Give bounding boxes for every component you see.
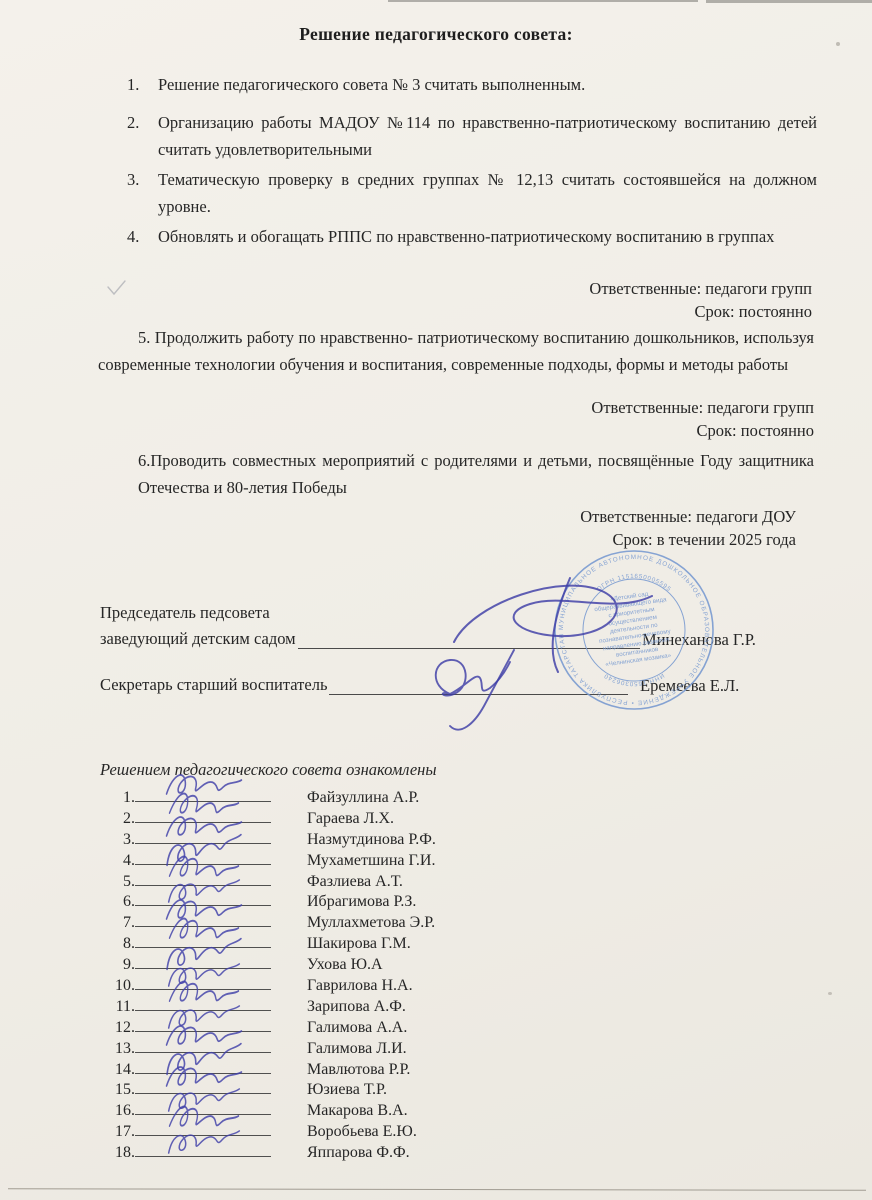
- responsible-line: Ответственные: педагоги групп: [591, 396, 814, 419]
- signature-line: [135, 1140, 271, 1157]
- responsible-line: Ответственные: педагоги ДОУ: [580, 505, 796, 528]
- item-text: Решение педагогического совета № 3 счита…: [158, 71, 817, 98]
- acknowledged-name: Яппарова Ф.Ф.: [307, 1143, 410, 1164]
- responsible-line: Ответственные: педагоги групп: [589, 277, 812, 300]
- item-number: 1.: [127, 71, 139, 98]
- document-title: Решение педагогического совета:: [0, 24, 872, 45]
- scanned-document-page: Решение педагогического совета: 1. Решен…: [0, 0, 872, 1200]
- scan-artifact-top-edge-2: [706, 0, 872, 3]
- decision-item: 4. Обновлять и обогащать РППС по нравств…: [127, 223, 817, 250]
- decision-item: 3. Тематическую проверку в средних групп…: [127, 166, 817, 220]
- decision-item: 2. Организацию работы МАДОУ №114 по нрав…: [127, 109, 817, 163]
- responsible-block-1: Ответственные: педагоги групп Срок: пост…: [589, 277, 812, 323]
- item-number: 3.: [127, 166, 139, 193]
- scan-artifact-top-edge: [388, 0, 698, 2]
- term-line: Срок: постоянно: [589, 300, 812, 323]
- row-number: 18.: [105, 1143, 135, 1164]
- responsible-block-2: Ответственные: педагоги групп Срок: пост…: [591, 396, 814, 442]
- paragraph-item-5: 5. Продолжить работу по нравственно- пат…: [98, 325, 814, 378]
- secretary-role: Секретарь старший воспитатель: [100, 675, 327, 695]
- scan-speck: [828, 992, 832, 995]
- chairman-role-line-1: Председатель педсовета: [100, 603, 270, 623]
- decision-item: 1. Решение педагогического совета № 3 сч…: [127, 71, 817, 98]
- scan-artifact-bottom-line: [8, 1188, 866, 1190]
- term-line: Срок: постоянно: [591, 419, 814, 442]
- chairman-role-line-2: заведующий детским садом: [100, 629, 296, 649]
- item-text: Тематическую проверку в средних группах …: [158, 166, 817, 220]
- item-number: 4.: [127, 223, 139, 250]
- acknowledged-list: 1. Файзуллина А.Р. 2. Гараева Л.Х.: [105, 785, 436, 1161]
- item-text: Обновлять и обогащать РППС по нравственн…: [158, 223, 817, 250]
- decision-items-list: 1. Решение педагогического совета № 3 сч…: [127, 71, 817, 253]
- pencil-check-mark: [106, 278, 128, 298]
- secretary-signature-scribble: [418, 644, 556, 746]
- paragraph-item-6: 6.Проводить совместных мероприятий с род…: [138, 448, 814, 501]
- item-number: 2.: [127, 109, 139, 136]
- acknowledged-row: 18. Яппарова Ф.Ф.: [105, 1140, 436, 1161]
- item-text: Организацию работы МАДОУ №114 по нравств…: [158, 109, 817, 163]
